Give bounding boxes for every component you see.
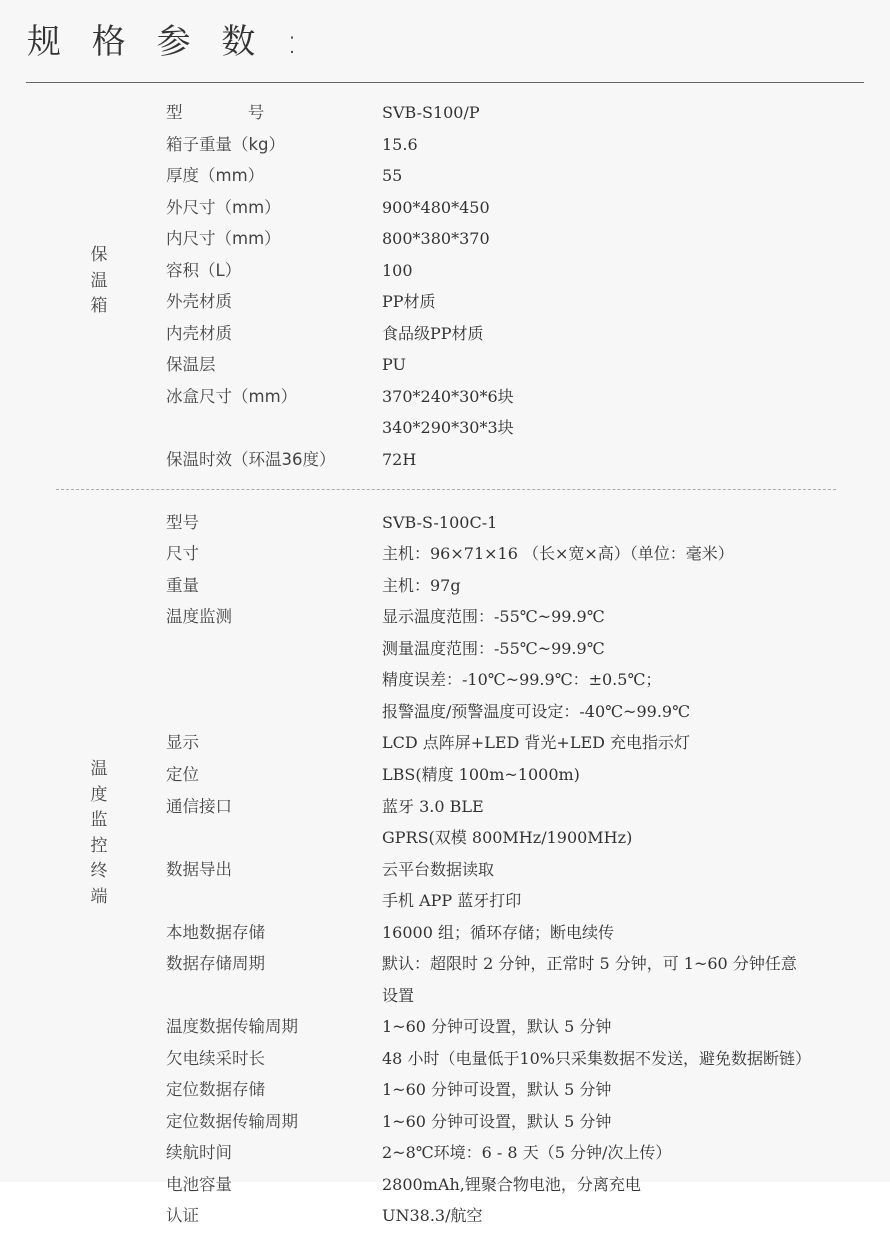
spec-label: 箱子重量（kg） (166, 129, 285, 161)
spec-row: 报警温度/预警温度可设定：-40℃~99.9℃ (0, 696, 890, 728)
spec-value: 主机：96×71×16 （长×宽×高）（单位：毫米） (382, 538, 734, 570)
spec-label: 外壳材质 (166, 286, 232, 318)
spec-value: PP材质 (382, 286, 436, 318)
spec-row: 厚度（mm） 55 (0, 160, 890, 192)
spec-value: 900*480*450 (382, 192, 490, 224)
spec-value: 精度误差：-10℃~99.9℃：±0.5℃； (382, 664, 661, 696)
spec-row: 温度监测 显示温度范围：-55℃~99.9℃ (0, 601, 890, 633)
spec-value: 55 (382, 160, 402, 192)
spec-value: SVB-S-100C-1 (382, 507, 497, 539)
spec-label: 重量 (166, 570, 199, 602)
spec-row: 手机 APP 蓝牙打印 (0, 885, 890, 917)
spec-value: 16000 组；循环存储；断电续传 (382, 917, 614, 949)
spec-value: 测量温度范围：-55℃~99.9℃ (382, 633, 605, 665)
spec-row: 本地数据存储 16000 组；循环存储；断电续传 (0, 917, 890, 949)
spec-value: PU (382, 349, 406, 381)
spec-value: 云平台数据读取 (382, 854, 494, 886)
spec-row: 通信接口 蓝牙 3.0 BLE (0, 791, 890, 823)
spec-label: 保温时效（环温36度） (166, 444, 336, 476)
spec-value: 1~60 分钟可设置，默认 5 分钟 (382, 1074, 611, 1106)
spec-label: 内尺寸（mm） (166, 223, 281, 255)
spec-row: 数据存储周期 默认：超限时 2 分钟，正常时 5 分钟，可 1~60 分钟任意 (0, 948, 890, 980)
spec-row: 保温时效（环温36度） 72H (0, 444, 890, 476)
spec-label: 数据存储周期 (166, 948, 265, 980)
spec-row: 型号 SVB-S-100C-1 (0, 507, 890, 539)
spec-value: 手机 APP 蓝牙打印 (382, 885, 521, 917)
spec-label: 定位数据传输周期 (166, 1106, 298, 1138)
spec-label: 欠电续采时长 (166, 1043, 265, 1075)
spec-label: 型号 (166, 507, 199, 539)
spec-value: LCD 点阵屏+LED 背光+LED 充电指示灯 (382, 727, 690, 759)
spec-value: UN38.3/航空 (382, 1200, 483, 1232)
spec-label: 型 号 (166, 97, 294, 129)
spec-row: 内尺寸（mm） 800*380*370 (0, 223, 890, 255)
spec-label: 温度数据传输周期 (166, 1011, 298, 1043)
page-title: 规 格 参 数 : (27, 22, 308, 63)
spec-label: 尺寸 (166, 538, 199, 570)
spec-row: 型 号 SVB-S100/P (0, 97, 890, 129)
spec-row: 重量 主机：97g (0, 570, 890, 602)
spec-value: GPRS(双模 800MHz/1900MHz) (382, 822, 632, 854)
spec-row: 测量温度范围：-55℃~99.9℃ (0, 633, 890, 665)
spec-row: 定位数据存储 1~60 分钟可设置，默认 5 分钟 (0, 1074, 890, 1106)
spec-label: 保温层 (166, 349, 216, 381)
spec-label: 显示 (166, 727, 199, 759)
spec-row: 340*290*30*3块 (0, 412, 890, 444)
spec-row: 外尺寸（mm） 900*480*450 (0, 192, 890, 224)
spec-label: 外尺寸（mm） (166, 192, 281, 224)
spec-row: 欠电续采时长 48 小时（电量低于10%只采集数据不发送，避免数据断链） (0, 1043, 890, 1075)
spec-value: 1~60 分钟可设置，默认 5 分钟 (382, 1106, 611, 1138)
spec-row: 续航时间 2~8℃环境：6 - 8 天（5 分钟/次上传） (0, 1137, 890, 1169)
spec-value: 2800mAh,锂聚合物电池，分离充电 (382, 1169, 641, 1201)
spec-row: 设置 (0, 980, 890, 1012)
spec-row: 定位 LBS(精度 100m~1000m) (0, 759, 890, 791)
spec-value: 报警温度/预警温度可设定：-40℃~99.9℃ (382, 696, 690, 728)
spec-value: 370*240*30*6块 (382, 381, 514, 413)
spec-label: 厚度（mm） (166, 160, 264, 192)
spec-row: GPRS(双模 800MHz/1900MHz) (0, 822, 890, 854)
spec-row: 尺寸 主机：96×71×16 （长×宽×高）（单位：毫米） (0, 538, 890, 570)
spec-row: 温度数据传输周期 1~60 分钟可设置，默认 5 分钟 (0, 1011, 890, 1043)
spec-value: 食品级PP材质 (382, 318, 484, 350)
spec-row: 定位数据传输周期 1~60 分钟可设置，默认 5 分钟 (0, 1106, 890, 1138)
spec-row: 电池容量 2800mAh,锂聚合物电池，分离充电 (0, 1169, 890, 1201)
spec-value: 主机：97g (382, 570, 461, 602)
spec-row: 数据导出 云平台数据读取 (0, 854, 890, 886)
spec-label: 内壳材质 (166, 318, 232, 350)
spec-row: 显示 LCD 点阵屏+LED 背光+LED 充电指示灯 (0, 727, 890, 759)
spec-value: 蓝牙 3.0 BLE (382, 791, 484, 823)
spec-label: 容积（L） (166, 255, 241, 287)
spec-label: 认证 (166, 1200, 199, 1232)
spec-value: 48 小时（电量低于10%只采集数据不发送，避免数据断链） (382, 1043, 811, 1075)
spec-label: 冰盒尺寸（mm） (166, 381, 297, 413)
spec-value: 1~60 分钟可设置，默认 5 分钟 (382, 1011, 611, 1043)
spec-label: 本地数据存储 (166, 917, 265, 949)
spec-value: 显示温度范围：-55℃~99.9℃ (382, 601, 605, 633)
spec-row: 保温层 PU (0, 349, 890, 381)
spec-value: 800*380*370 (382, 223, 490, 255)
spec-value: LBS(精度 100m~1000m) (382, 759, 580, 791)
spec-row: 内壳材质 食品级PP材质 (0, 318, 890, 350)
spec-value: 340*290*30*3块 (382, 412, 514, 444)
spec-value: 设置 (382, 980, 414, 1012)
spec-label: 温度监测 (166, 601, 232, 633)
spec-value: 72H (382, 444, 416, 476)
spec-label: 通信接口 (166, 791, 232, 823)
spec-label: 数据导出 (166, 854, 232, 886)
spec-row: 外壳材质 PP材质 (0, 286, 890, 318)
spec-value: 2~8℃环境：6 - 8 天（5 分钟/次上传） (382, 1137, 671, 1169)
spec-row: 精度误差：-10℃~99.9℃：±0.5℃； (0, 664, 890, 696)
spec-label: 电池容量 (166, 1169, 232, 1201)
spec-row: 容积（L） 100 (0, 255, 890, 287)
spec-value: 15.6 (382, 129, 418, 161)
section-divider (56, 489, 836, 490)
spec-row: 冰盒尺寸（mm） 370*240*30*6块 (0, 381, 890, 413)
spec-label: 定位 (166, 759, 199, 791)
title-divider (26, 82, 864, 83)
spec-value: 默认：超限时 2 分钟，正常时 5 分钟，可 1~60 分钟任意 (382, 948, 797, 980)
spec-label: 续航时间 (166, 1137, 232, 1169)
spec-value: 100 (382, 255, 413, 287)
spec-row: 箱子重量（kg） 15.6 (0, 129, 890, 161)
spec-row: 认证 UN38.3/航空 (0, 1200, 890, 1232)
spec-value: SVB-S100/P (382, 97, 480, 129)
spec-label: 定位数据存储 (166, 1074, 265, 1106)
